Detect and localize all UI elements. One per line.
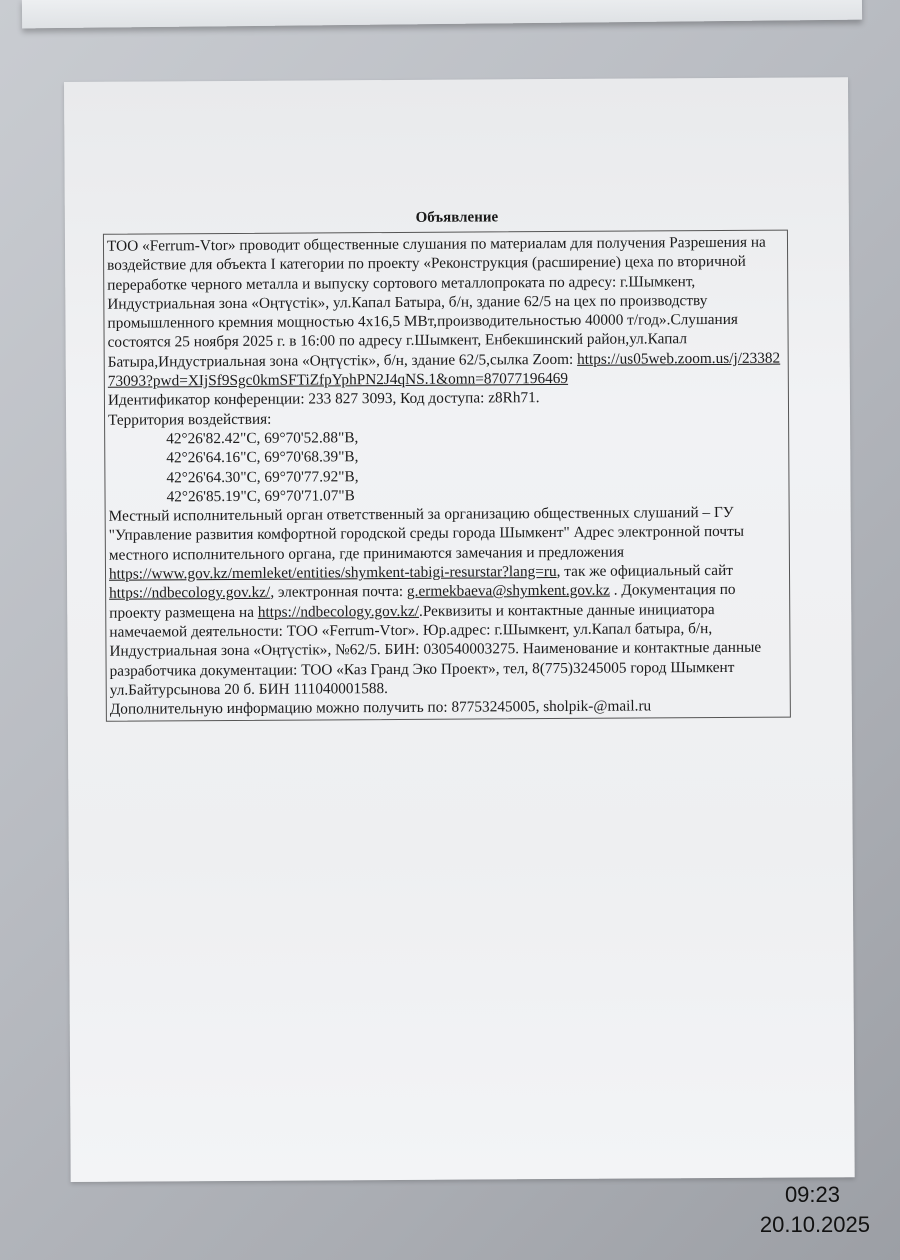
ndbecology-link[interactable]: https://ndbecology.gov.kz/ — [109, 584, 270, 602]
gov-link[interactable]: https://www.gov.kz/memleket/entities/shy… — [109, 563, 557, 583]
authority-text: Местный исполнительный орган ответственн… — [109, 504, 745, 563]
authority-paragraph: Местный исполнительный орган ответственн… — [109, 503, 786, 700]
notice-intro: ТОО «Ferrum-Vtor» проводит общественные … — [107, 233, 784, 392]
official-site-text: , так же официальный сайт — [557, 562, 733, 580]
ndbecology-link-2[interactable]: https://ndbecology.gov.kz/ — [258, 602, 419, 620]
photo-timestamp-time: 09:23 — [785, 1182, 840, 1208]
notice-sheet: Объявление ТОО «Ferrum-Vtor» проводит об… — [64, 77, 855, 1182]
notice-body: ТОО «Ferrum-Vtor» проводит общественные … — [103, 230, 791, 723]
email-label-text: , электронная почта: — [270, 583, 407, 601]
photo-timestamp-date: 20.10.2025 — [760, 1212, 870, 1238]
notice-title: Объявление — [65, 207, 849, 229]
additional-info: Дополнительную информацию можно получить… — [110, 696, 786, 719]
email-link[interactable]: g.ermekbaeva@shymkent.gov.kz — [407, 582, 610, 600]
background-paper-edge — [22, 0, 862, 28]
